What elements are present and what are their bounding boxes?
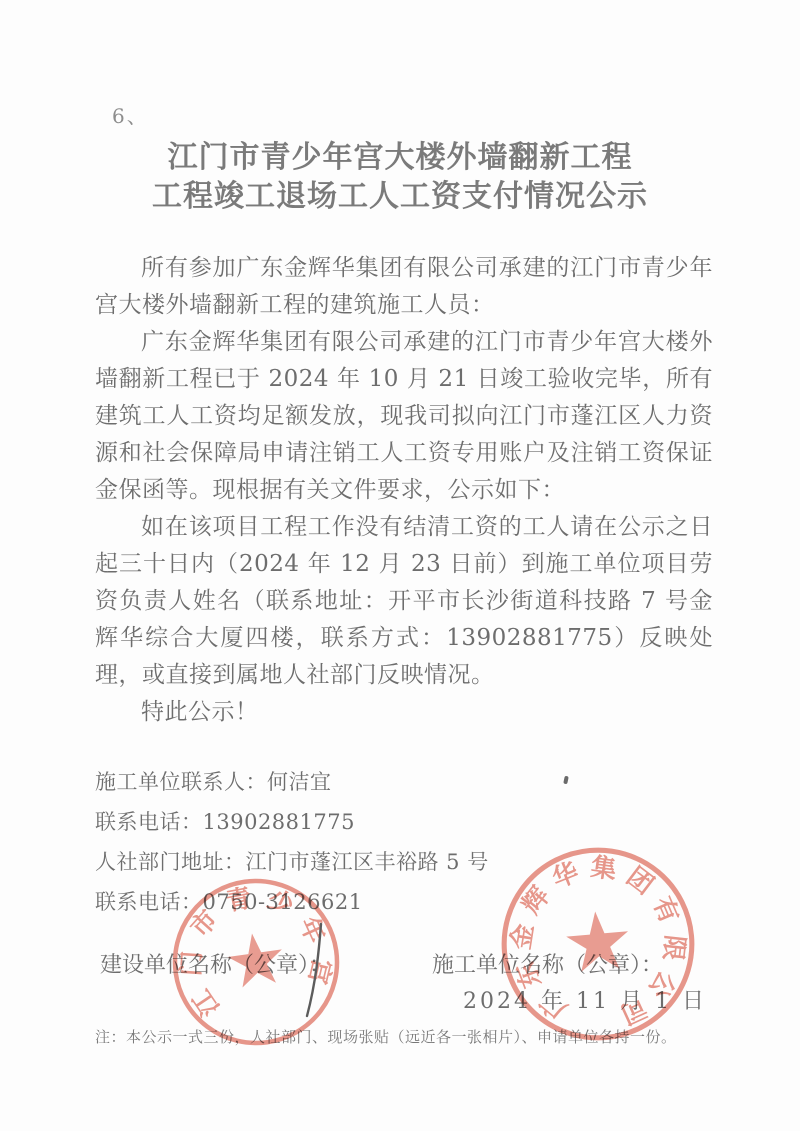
contact-person-line: 施工单位联系人：何洁宜 — [95, 762, 489, 802]
star-icon — [564, 909, 631, 973]
pen-stroke — [300, 920, 330, 1020]
document-page: 6、 江门市青少年宫大楼外墙翻新工程 工程竣工退场工人工资支付情况公示 所有参加… — [0, 0, 800, 1131]
doc-number: 6、 — [112, 100, 149, 129]
paragraph-4: 特此公示！ — [95, 694, 713, 731]
star-icon — [225, 930, 286, 989]
paragraph-1: 所有参加广东金辉华集团有限公司承建的江门市青少年宫大楼外墙翻新工程的建筑施工人员… — [95, 250, 713, 324]
ink-speck — [563, 776, 569, 785]
title-line-1: 江门市青少年宫大楼外墙翻新工程 — [0, 138, 800, 177]
paragraph-2: 广东金辉华集团有限公司承建的江门市青少年宫大楼外墙翻新工程已于 2024 年 1… — [95, 324, 713, 509]
contact-phone-line: 联系电话：13902881775 — [95, 802, 489, 842]
paragraph-3: 如在该项目工程工作没有结清工资的工人请在公示之日起三十日内（2024 年 12 … — [95, 509, 713, 694]
document-title: 江门市青少年宫大楼外墙翻新工程 工程竣工退场工人工资支付情况公示 — [0, 138, 800, 216]
title-line-2: 工程竣工退场工人工资支付情况公示 — [0, 177, 800, 216]
contractor-official-seal: 广东金辉华集团有限公司 — [487, 833, 708, 1054]
body-text: 所有参加广东金辉华集团有限公司承建的江门市青少年宫大楼外墙翻新工程的建筑施工人员… — [95, 250, 713, 731]
